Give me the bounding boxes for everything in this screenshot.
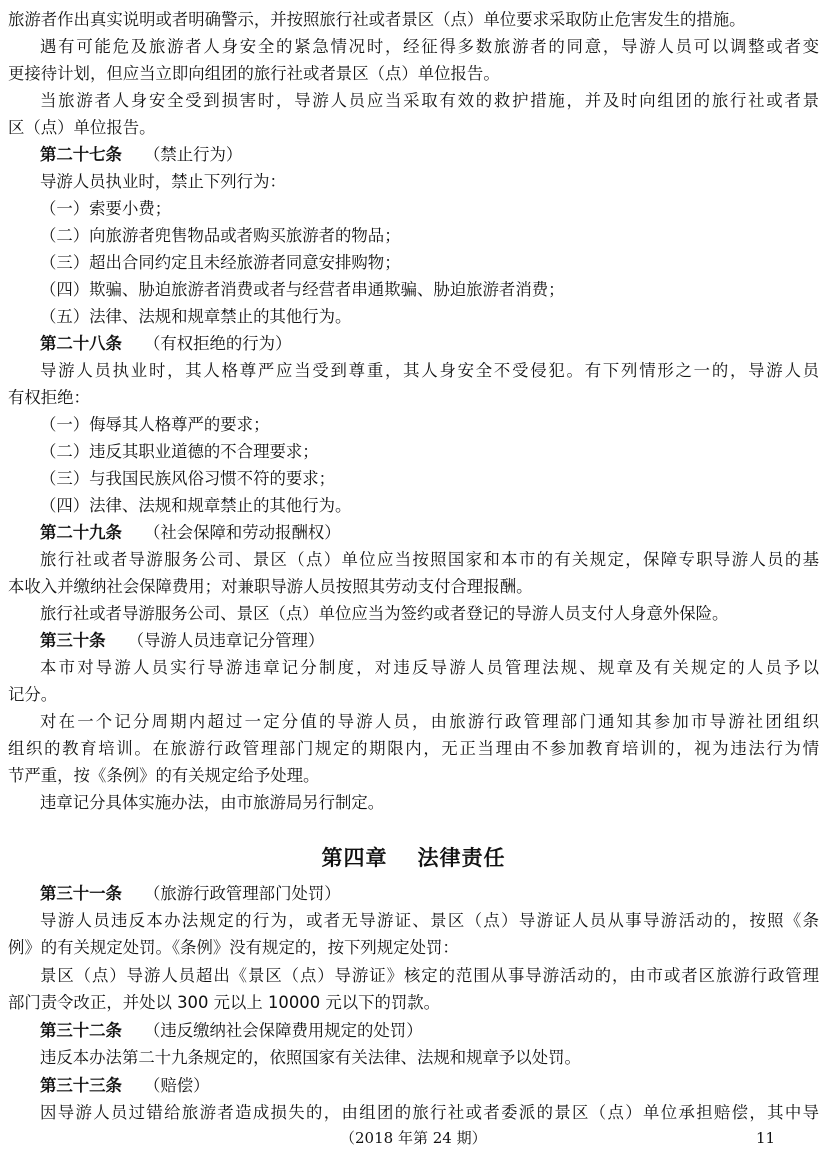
paragraph-line: 因导游人员过错给旅游者造成损失的，由组团的旅行社或者委派的景区（点）单位承担赔偿… <box>40 1103 819 1123</box>
article-title: （赔偿） <box>144 1076 210 1095</box>
article-title: （社会保障和劳动报酬权） <box>144 523 341 542</box>
paragraph-line: 更接待计划，但应当立即向组团的旅行社或者景区（点）单位报告。 <box>8 64 819 84</box>
list-item: （三）与我国民族风俗习惯不符的要求； <box>40 469 819 489</box>
article-31-heading: 第三十一条（旅游行政管理部门处罚） <box>40 884 341 904</box>
article-30-heading: 第三十条（导游人员违章记分管理） <box>40 631 324 651</box>
paragraph-line: 组织的教育培训。在旅游行政管理部门规定的期限内，无正当理由不参加教育培训的，视为… <box>8 739 819 759</box>
paragraph-line: 节严重，按《条例》的有关规定给予处理。 <box>8 766 819 786</box>
article-title: （有权拒绝的行为） <box>144 334 292 353</box>
article-number: 第三十一条 <box>40 884 122 903</box>
paragraph-line: 本市对导游人员实行导游违章记分制度，对违反导游人员管理法规、规章及有关规定的人员… <box>40 658 819 678</box>
paragraph-line: 导游人员执业时，禁止下列行为： <box>40 172 819 192</box>
chapter-number: 第四章 <box>322 846 388 870</box>
article-number: 第三十条 <box>40 631 106 650</box>
chapter-title: 法律责任 <box>418 846 506 870</box>
paragraph-line: 景区（点）导游人员超出《景区（点）导游证》核定的范围从事导游活动的，由市或者区旅… <box>40 966 819 986</box>
paragraph-line: 当旅游者人身安全受到损害时，导游人员应当采取有效的救护措施，并及时向组团的旅行社… <box>40 91 819 111</box>
paragraph-line: 导游人员违反本办法规定的行为，或者无导游证、景区（点）导游证人员从事导游活动的，… <box>40 911 819 931</box>
paragraph-line: 旅行社或者导游服务公司、景区（点）单位应当为签约或者登记的导游人员支付人身意外保… <box>40 604 819 624</box>
list-item: （四）欺骗、胁迫旅游者消费或者与经营者串通欺骗、胁迫旅游者消费； <box>40 280 819 300</box>
article-29-heading: 第二十九条（社会保障和劳动报酬权） <box>40 523 341 543</box>
paragraph-line: 导游人员执业时，其人格尊严应当受到尊重，其人身安全不受侵犯。有下列情形之一的，导… <box>40 361 819 381</box>
list-item: （三）超出合同约定且未经旅游者同意安排购物； <box>40 253 819 273</box>
article-title: （旅游行政管理部门处罚） <box>144 884 341 903</box>
paragraph-line: 旅行社或者导游服务公司、景区（点）单位应当按照国家和本市的有关规定，保障专职导游… <box>40 550 819 570</box>
article-33-heading: 第三十三条（赔偿） <box>40 1076 210 1096</box>
article-title: （禁止行为） <box>144 145 242 164</box>
article-number: 第二十七条 <box>40 145 122 164</box>
paragraph-line: 违章记分具体实施办法，由市旅游局另行制定。 <box>40 793 819 813</box>
page-number: 11 <box>756 1128 775 1148</box>
article-number: 第三十二条 <box>40 1021 122 1040</box>
chapter-heading: 第四章法律责任 <box>0 845 827 871</box>
paragraph-line: 旅游者作出真实说明或者明确警示，并按照旅行社或者景区（点）单位要求采取防止危害发… <box>8 10 819 30</box>
list-item: （二）向旅游者兜售物品或者购买旅游者的物品； <box>40 226 819 246</box>
article-27-heading: 第二十七条（禁止行为） <box>40 145 242 165</box>
paragraph-line: 对在一个记分周期内超过一定分值的导游人员，由旅游行政管理部门通知其参加市导游社团… <box>40 712 819 732</box>
document-page: 旅游者作出真实说明或者明确警示，并按照旅行社或者景区（点）单位要求采取防止危害发… <box>0 0 827 1170</box>
paragraph-line: 违反本办法第二十九条规定的，依照国家有关法律、法规和规章予以处罚。 <box>40 1048 819 1068</box>
paragraph-line: 记分。 <box>8 685 819 705</box>
list-item: （一）侮辱其人格尊严的要求； <box>40 415 819 435</box>
article-title: （违反缴纳社会保障费用规定的处罚） <box>144 1021 423 1040</box>
article-number: 第二十八条 <box>40 334 122 353</box>
paragraph-line: 区（点）单位报告。 <box>8 118 819 138</box>
article-title: （导游人员违章记分管理） <box>128 631 325 650</box>
paragraph-line: 本收入并缴纳社会保障费用；对兼职导游人员按照其劳动支付合理报酬。 <box>8 577 819 597</box>
issue-label: （2018 年第 24 期） <box>340 1128 487 1148</box>
paragraph-line: 部门责令改正，并处以 300 元以上 10000 元以下的罚款。 <box>8 993 819 1013</box>
article-28-heading: 第二十八条（有权拒绝的行为） <box>40 334 291 354</box>
paragraph-line: 遇有可能危及旅游者人身安全的紧急情况时，经征得多数旅游者的同意，导游人员可以调整… <box>40 37 819 57</box>
list-item: （二）违反其职业道德的不合理要求； <box>40 442 819 462</box>
article-number: 第三十三条 <box>40 1076 122 1095</box>
list-item: （五）法律、法规和规章禁止的其他行为。 <box>40 307 819 327</box>
list-item: （一）索要小费； <box>40 199 819 219</box>
list-item: （四）法律、法规和规章禁止的其他行为。 <box>40 496 819 516</box>
paragraph-line: 有权拒绝： <box>8 388 819 408</box>
paragraph-line: 例》的有关规定处罚。《条例》没有规定的，按下列规定处罚： <box>8 938 819 958</box>
article-number: 第二十九条 <box>40 523 122 542</box>
article-32-heading: 第三十二条（违反缴纳社会保障费用规定的处罚） <box>40 1021 423 1041</box>
